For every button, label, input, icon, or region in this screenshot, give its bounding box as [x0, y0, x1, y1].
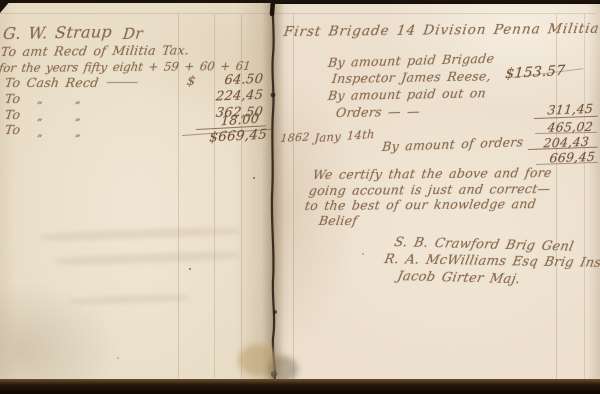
signature: Jacob Girter Maj.	[396, 269, 522, 287]
entry-line: Orders — —	[335, 104, 421, 120]
top-ruled-line	[0, 13, 596, 14]
certification-line: Belief	[318, 213, 359, 228]
certification-line: We certify that the above and fore	[312, 165, 553, 182]
certification-line: to the best of our knowledge and	[304, 196, 537, 213]
book-top-edge	[0, 0, 600, 3]
paper-speck	[253, 177, 255, 179]
paper-speck	[189, 268, 191, 270]
ledger-row-label: To	[4, 122, 22, 137]
entry-line: By amount paid out on	[327, 85, 487, 103]
right-margin-rule	[293, 14, 294, 380]
debit-label: Dr	[122, 24, 144, 43]
paper-speck	[117, 357, 119, 359]
right-page-title: First Brigade 14 Division Penna Militia	[283, 21, 600, 40]
account-name: G. W. Straup	[2, 22, 113, 43]
ledger-row-label: To	[4, 107, 22, 122]
ditto-mark: „	[37, 93, 43, 106]
ledger-row-flourish: —	[103, 75, 143, 90]
ditto-mark: „	[75, 110, 81, 123]
amount-value: 224,45	[198, 88, 264, 105]
ditto-mark: „	[37, 126, 43, 139]
currency-sign: $	[186, 74, 197, 89]
ditto-mark: „	[75, 126, 81, 139]
right-column-rule-2	[584, 14, 585, 380]
entry-line: Inspector James Reese,	[331, 68, 492, 86]
ledger-row-label: To	[4, 91, 22, 106]
book-bottom-edge	[0, 379, 600, 394]
account-subheading-1: To amt Recd of Militia Tax.	[0, 42, 190, 59]
ledger-row-label: To Cash Recd	[4, 75, 100, 90]
binding-crack	[258, 0, 290, 394]
amount-value: 64.50	[198, 72, 264, 89]
ditto-mark: „	[75, 93, 81, 106]
paper-speck	[362, 253, 364, 255]
ditto-mark: „	[37, 110, 43, 123]
ledger-book-spread: G. W. Straup Dr To amt Recd of Militia T…	[0, 0, 600, 394]
